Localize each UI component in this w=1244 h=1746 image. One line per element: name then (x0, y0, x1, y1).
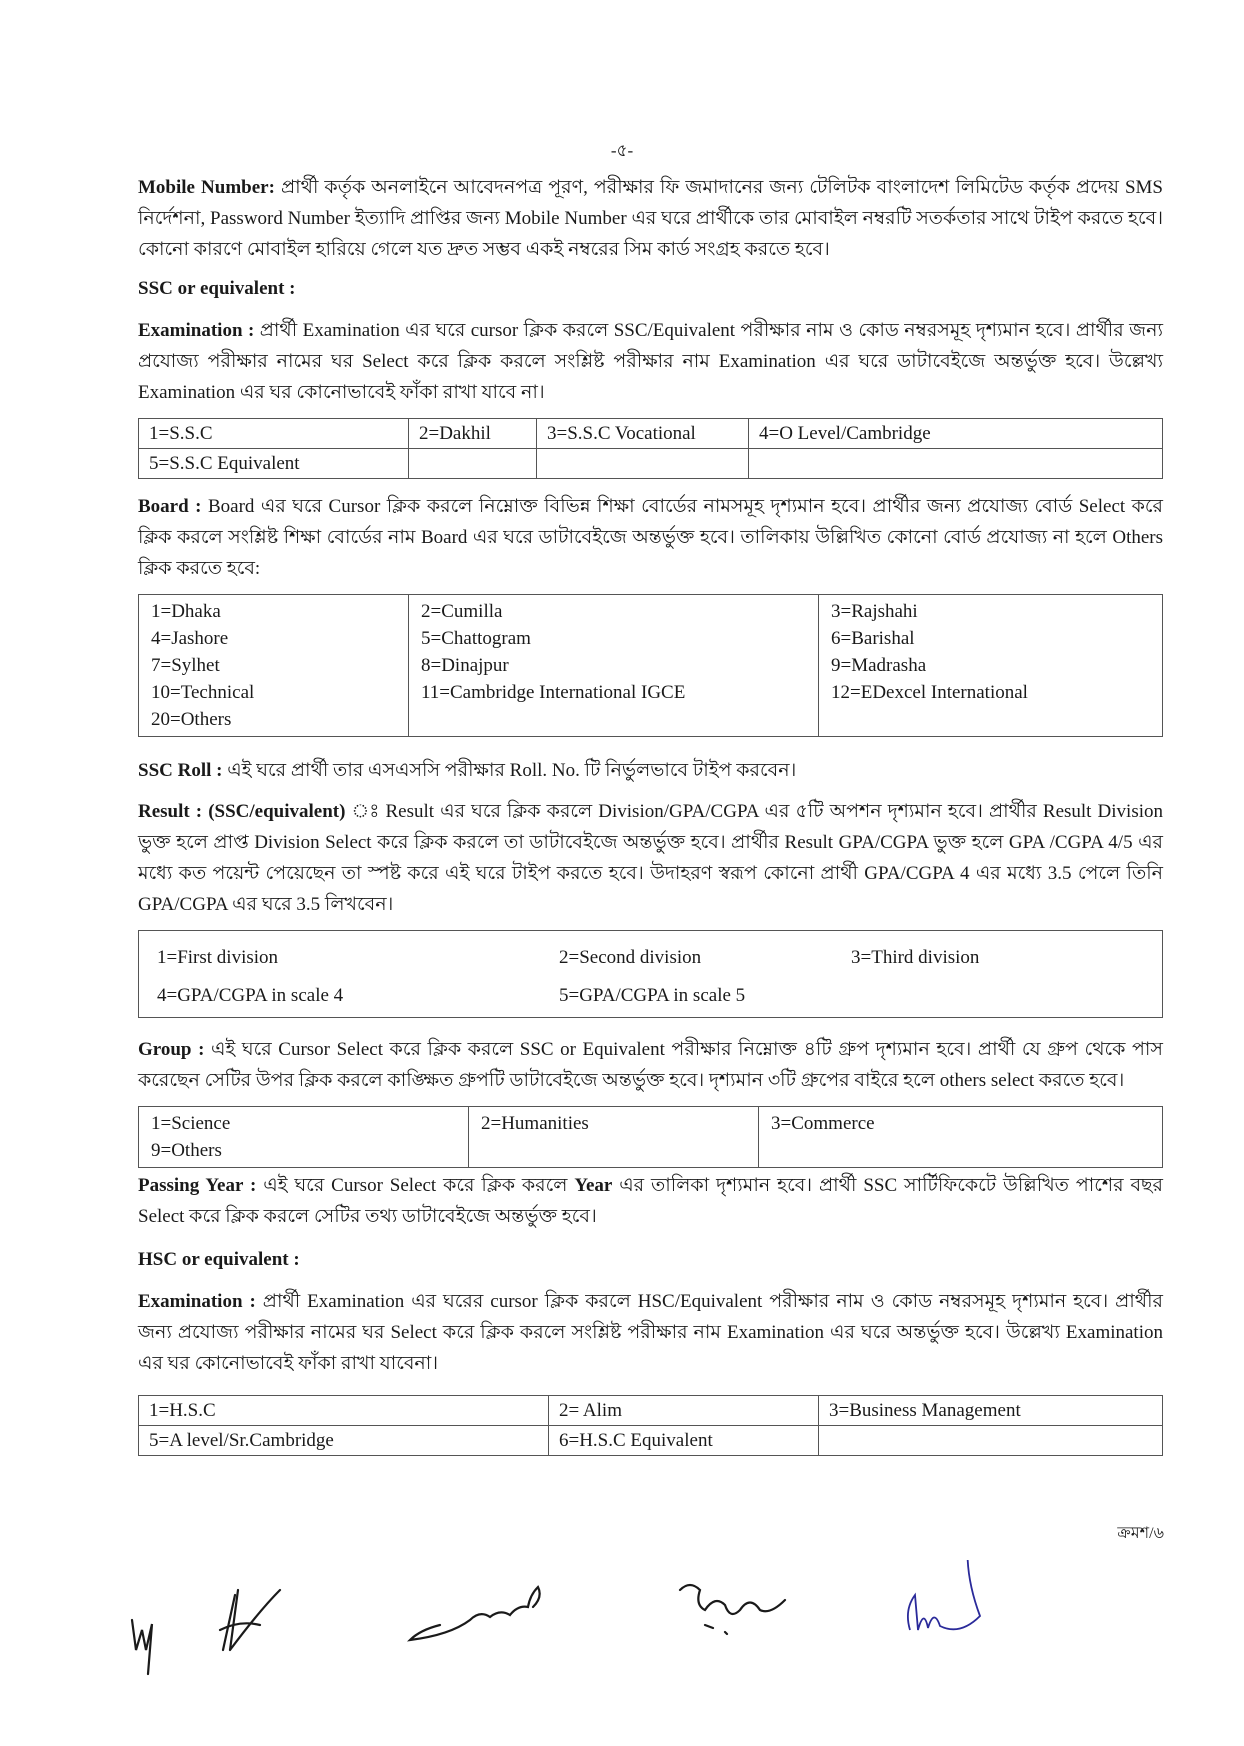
passing-year-bold-word: Year (574, 1175, 612, 1196)
board-option: 4=Jashore (151, 625, 396, 652)
result-option: 2=Second division (559, 939, 851, 977)
table-row: 1=S.S.C 2=Dakhil 3=S.S.C Vocational 4=O … (139, 419, 1163, 449)
table-cell: 3=S.S.C Vocational (537, 419, 749, 449)
mobile-number-label: Mobile Number: (138, 177, 275, 198)
group-option: 3=Commerce (771, 1110, 1150, 1137)
hsc-examination-text: প্রার্থী Examination এর ঘরের cursor ক্লি… (138, 1291, 1163, 1374)
passing-year-label: Passing Year : (138, 1175, 256, 1196)
ssc-examination-paragraph: Examination : প্রার্থী Examination এর ঘর… (138, 315, 1163, 408)
ssc-examination-text: প্রার্থী Examination এর ঘরে cursor ক্লিক… (138, 320, 1163, 403)
board-option: 8=Dinajpur (421, 652, 806, 679)
page-number: -৫- (0, 138, 1244, 166)
group-column-1: 1=Science 9=Others (139, 1107, 469, 1168)
group-option: 9=Others (151, 1137, 456, 1164)
table-cell: 6=H.S.C Equivalent (549, 1426, 819, 1456)
group-paragraph: Group : এই ঘরে Cursor Select করে ক্লিক ক… (138, 1034, 1163, 1096)
ssc-roll-paragraph: SSC Roll : এই ঘরে প্রার্থী তার এসএসসি পর… (138, 755, 1163, 786)
table-cell: 5=S.S.C Equivalent (139, 449, 409, 479)
board-paragraph: Board : Board এর ঘরে Cursor ক্লিক করলে ন… (138, 491, 1163, 584)
ssc-examination-label: Examination : (138, 320, 254, 341)
signature-5 (908, 1560, 980, 1630)
result-option: 3=Third division (851, 939, 979, 977)
table-cell: 1=S.S.C (139, 419, 409, 449)
board-option: 2=Cumilla (421, 598, 806, 625)
signature-1 (132, 1620, 152, 1674)
table-cell: 2=Dakhil (409, 419, 537, 449)
group-label: Group : (138, 1039, 204, 1060)
signature-3 (410, 1587, 540, 1640)
table-cell: 2= Alim (549, 1396, 819, 1426)
table-cell: 3=Business Management (819, 1396, 1163, 1426)
table-cell (749, 449, 1163, 479)
hsc-examination-label: Examination : (138, 1291, 256, 1312)
board-option: 9=Madrasha (831, 652, 1150, 679)
result-label: Result : (SSC/equivalent) (138, 801, 345, 822)
table-cell (409, 449, 537, 479)
table-row: 5=A level/Sr.Cambridge 6=H.S.C Equivalen… (139, 1426, 1163, 1456)
result-option: 5=GPA/CGPA in scale 5 (559, 977, 851, 1015)
group-table: 1=Science 9=Others 2=Humanities 3=Commer… (138, 1106, 1163, 1168)
table-row: 1=H.S.C 2= Alim 3=Business Management (139, 1396, 1163, 1426)
result-options-row: 1=First division 2=Second division 3=Thi… (157, 939, 1144, 977)
board-option: 10=Technical (151, 679, 396, 706)
hsc-examination-paragraph: Examination : প্রার্থী Examination এর ঘর… (138, 1286, 1163, 1379)
table-row: 1=Science 9=Others 2=Humanities 3=Commer… (139, 1107, 1163, 1168)
mobile-number-text: প্রার্থী কর্তৃক অনলাইনে আবেদনপত্র পূরণ, … (138, 177, 1163, 260)
signature-2 (220, 1590, 280, 1650)
group-option: 2=Humanities (481, 1110, 746, 1137)
board-text: Board এর ঘরে Cursor ক্লিক করলে নিম্নোক্ত… (138, 496, 1163, 579)
signatures-graphic (120, 1560, 1020, 1710)
ssc-examination-table: 1=S.S.C 2=Dakhil 3=S.S.C Vocational 4=O … (138, 418, 1163, 479)
table-cell: 5=A level/Sr.Cambridge (139, 1426, 549, 1456)
table-row: 5=S.S.C Equivalent (139, 449, 1163, 479)
group-column-2: 2=Humanities (469, 1107, 759, 1168)
board-column-1: 1=Dhaka 4=Jashore 7=Sylhet 10=Technical … (139, 595, 409, 737)
hsc-examination-table: 1=H.S.C 2= Alim 3=Business Management 5=… (138, 1395, 1163, 1456)
board-option: 5=Chattogram (421, 625, 806, 652)
result-options-box: 1=First division 2=Second division 3=Thi… (138, 930, 1163, 1018)
group-text: এই ঘরে Cursor Select করে ক্লিক করলে SSC … (138, 1039, 1163, 1091)
board-column-3: 3=Rajshahi 6=Barishal 9=Madrasha 12=EDex… (819, 595, 1163, 737)
board-label: Board : (138, 496, 201, 517)
table-cell: 1=H.S.C (139, 1396, 549, 1426)
board-table: 1=Dhaka 4=Jashore 7=Sylhet 10=Technical … (138, 594, 1163, 737)
ssc-heading: SSC or equivalent : (138, 275, 1163, 303)
passing-year-text: এই ঘরে Cursor Select করে ক্লিক করলে (256, 1175, 574, 1196)
result-paragraph: Result : (SSC/equivalent) ঃ Result এর ঘর… (138, 796, 1163, 920)
ssc-roll-text: এই ঘরে প্রার্থী তার এসএসসি পরীক্ষার Roll… (222, 760, 796, 781)
board-option: 11=Cambridge International IGCE (421, 679, 806, 706)
table-cell (819, 1426, 1163, 1456)
continued-marker: ক্রমশ/৬ (1117, 1520, 1164, 1547)
result-options-row: 4=GPA/CGPA in scale 4 5=GPA/CGPA in scal… (157, 977, 1144, 1015)
table-cell (537, 449, 749, 479)
group-column-3: 3=Commerce (759, 1107, 1163, 1168)
passing-year-paragraph: Passing Year : এই ঘরে Cursor Select করে … (138, 1170, 1163, 1232)
ssc-roll-label: SSC Roll : (138, 760, 222, 781)
board-column-2: 2=Cumilla 5=Chattogram 8=Dinajpur 11=Cam… (409, 595, 819, 737)
board-option: 20=Others (151, 706, 396, 733)
group-option: 1=Science (151, 1110, 456, 1137)
table-cell: 4=O Level/Cambridge (749, 419, 1163, 449)
hsc-heading: HSC or equivalent : (138, 1246, 1163, 1274)
mobile-number-paragraph: Mobile Number: প্রার্থী কর্তৃক অনলাইনে আ… (138, 172, 1163, 265)
result-option: 4=GPA/CGPA in scale 4 (157, 977, 559, 1015)
board-option: 12=EDexcel International (831, 679, 1150, 706)
document-body: Mobile Number: প্রার্থী কর্তৃক অনলাইনে আ… (138, 172, 1163, 1468)
board-option: 6=Barishal (831, 625, 1150, 652)
signature-4 (680, 1585, 785, 1634)
board-option: 7=Sylhet (151, 652, 396, 679)
board-option: 1=Dhaka (151, 598, 396, 625)
result-option: 1=First division (157, 939, 559, 977)
board-option: 3=Rajshahi (831, 598, 1150, 625)
table-row: 1=Dhaka 4=Jashore 7=Sylhet 10=Technical … (139, 595, 1163, 737)
